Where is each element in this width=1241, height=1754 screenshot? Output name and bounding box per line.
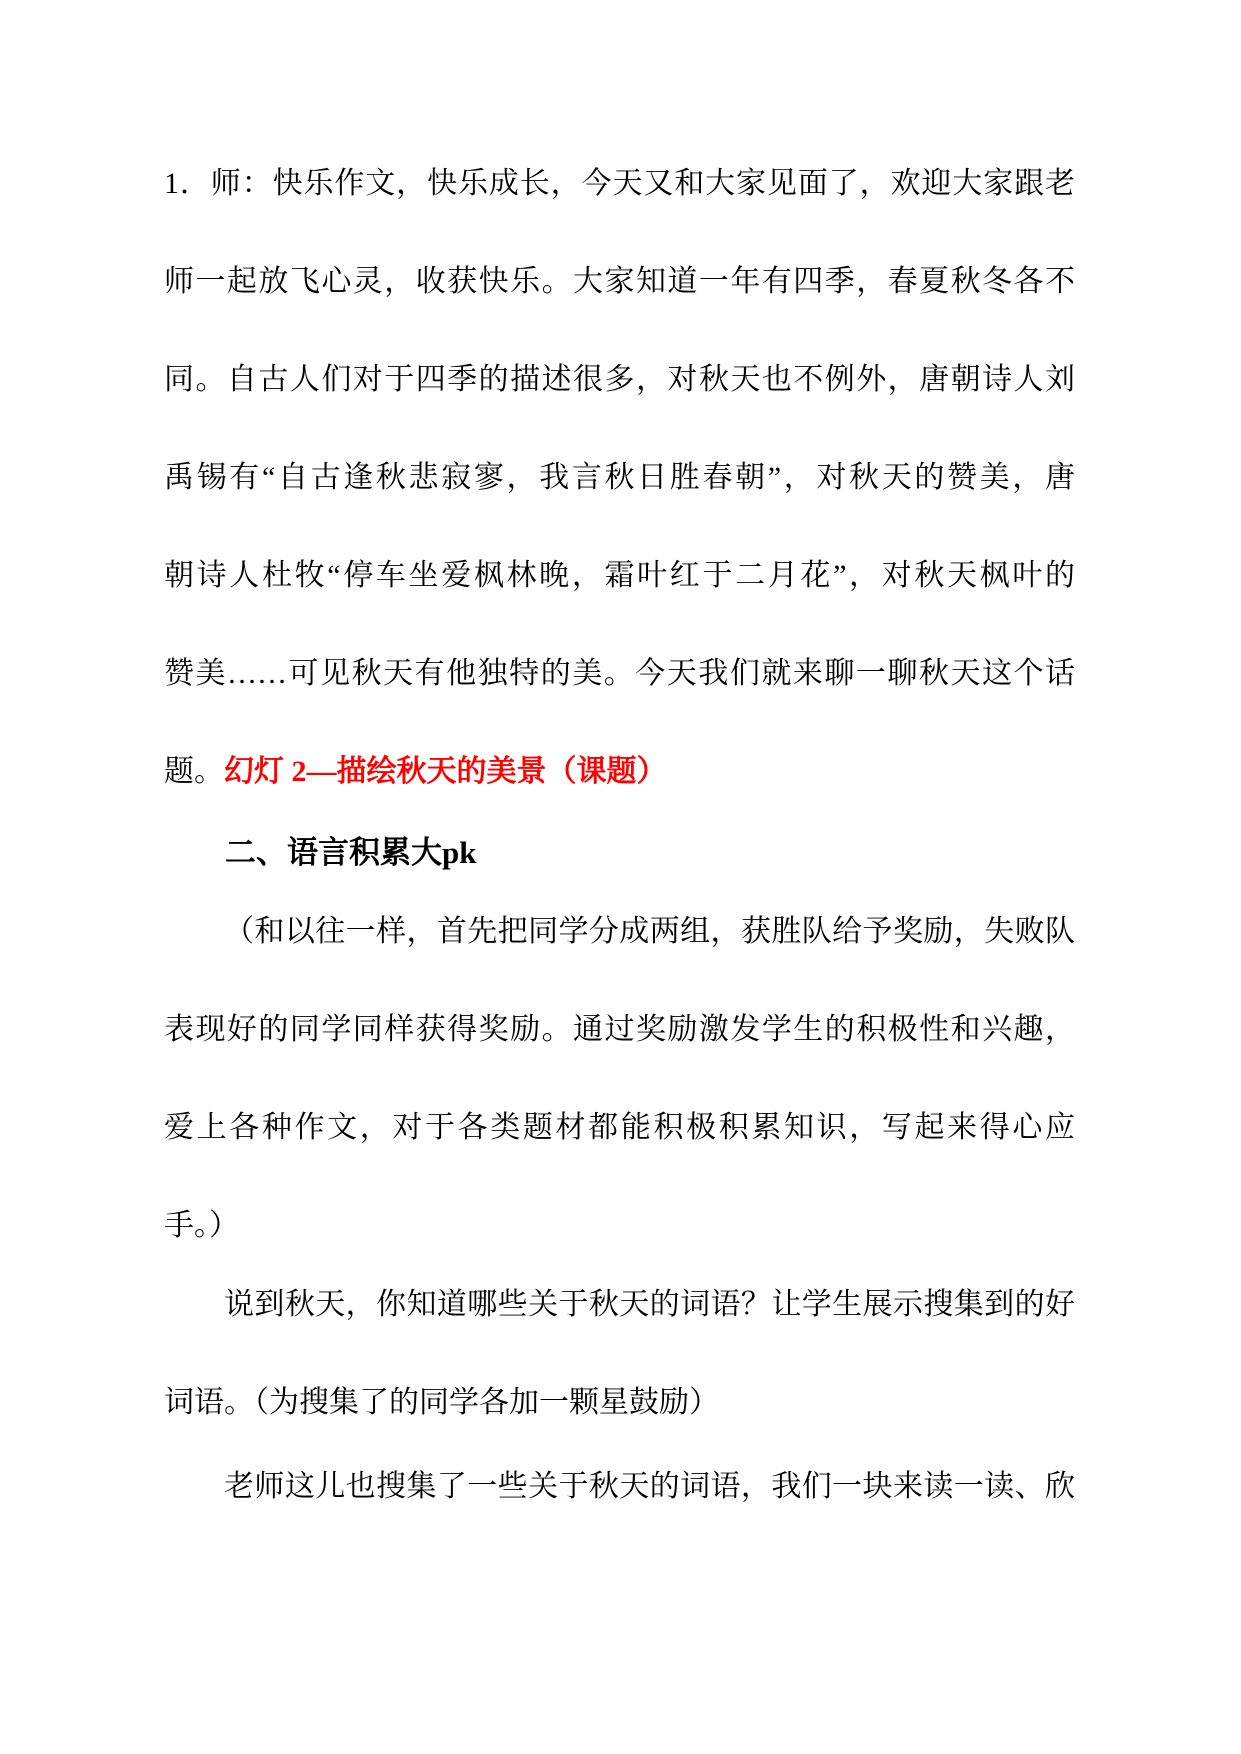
paragraph-prompt: 说到秋天，你知道哪些关于秋天的词语？让学生展示搜集到的好 词语。（为搜集了的同学… [164,1256,1075,1452]
paragraph-opening: 1．师：快乐作文，快乐成长，今天又和大家见面了，欢迎大家跟老 师一起放飞心灵，收… [164,135,1075,821]
text-line-prefix: 题。 [164,755,224,788]
text-line: 禹锡有“自古逢秋悲寂寥，我言秋日胜春朝”，对秋天的赞美，唐 [164,429,1075,527]
text-line: （和以往一样，首先把同学分成两组，获胜队给予奖励，失败队 [164,883,1075,981]
document-page: 1．师：快乐作文，快乐成长，今天又和大家见面了，欢迎大家跟老 师一起放飞心灵，收… [0,0,1241,1754]
text-line: 爱上各种作文，对于各类题材都能积极积累知识，写起来得心应 [164,1079,1075,1177]
text-line: 1．师：快乐作文，快乐成长，今天又和大家见面了，欢迎大家跟老 [164,135,1075,233]
text-line: 赞美……可见秋天有他独特的美。今天我们就来聊一聊秋天这个话 [164,625,1075,723]
text-line: 师一起放飞心灵，收获快乐。大家知道一年有四季，春夏秋冬各不 [164,233,1075,331]
paragraph-teacher: 老师这儿也搜集了一些关于秋天的词语，我们一块来读一读、欣 [164,1438,1075,1536]
text-line: 表现好的同学同样获得奖励。通过奖励激发学生的积极性和兴趣， [164,981,1075,1079]
paragraph-setup-note: （和以往一样，首先把同学分成两组，获胜队给予奖励，失败队 表现好的同学同样获得奖… [164,883,1075,1275]
text-line: 说到秋天，你知道哪些关于秋天的词语？让学生展示搜集到的好 [164,1256,1075,1354]
text-line: 老师这儿也搜集了一些关于秋天的词语，我们一块来读一读、欣 [164,1438,1075,1536]
document-content: 1．师：快乐作文，快乐成长，今天又和大家见面了，欢迎大家跟老 师一起放飞心灵，收… [0,135,1241,1536]
text-line-with-slide-note: 题。幻灯 2—描绘秋天的美景（课题） [164,723,1075,821]
slide-note-highlight: 幻灯 2—描绘秋天的美景（课题） [224,755,667,788]
text-line: 朝诗人杜牧“停车坐爱枫林晚，霜叶红于二月花”，对秋天枫叶的 [164,527,1075,625]
section-heading: 二、语言积累大pk [164,831,1075,875]
text-line: 同。自古人们对于四季的描述很多，对秋天也不例外，唐朝诗人刘 [164,331,1075,429]
